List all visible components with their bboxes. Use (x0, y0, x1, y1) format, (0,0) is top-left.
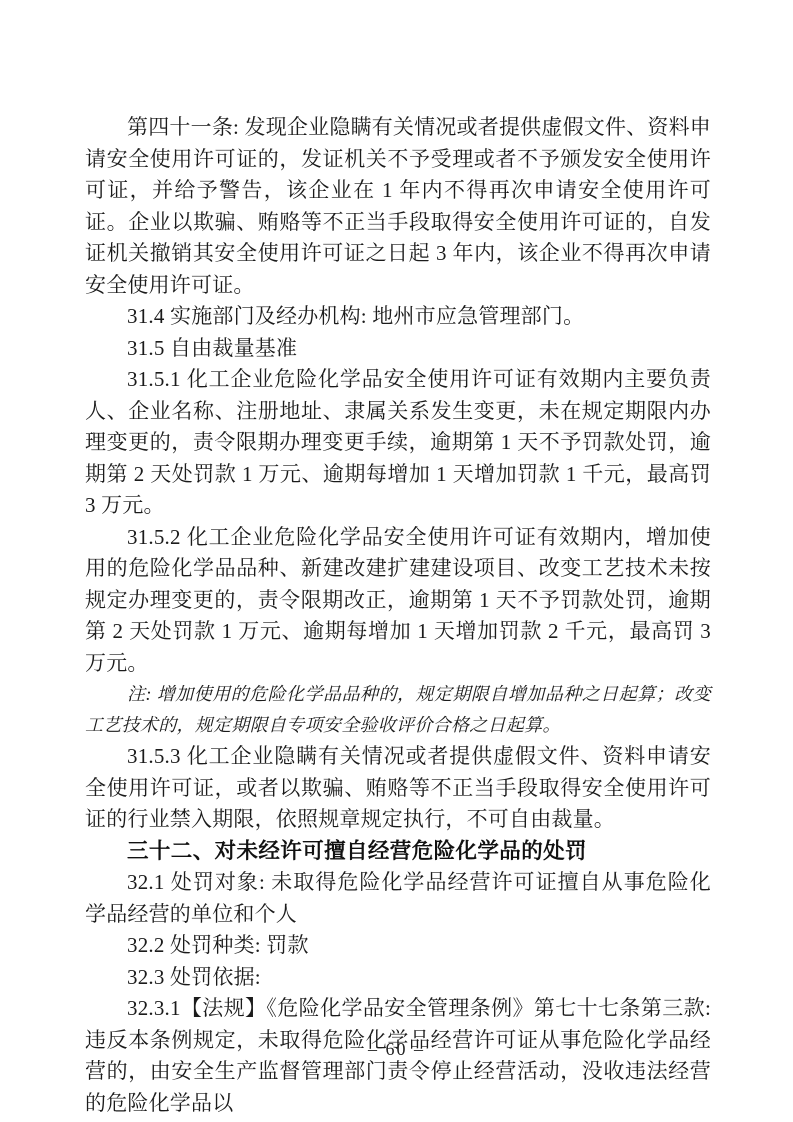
para-clause-31-5-2: 31.5.2 化工企业危险化学品安全使用许可证有效期内，增加使用的危险化学品品种… (85, 522, 711, 680)
para-clause-31-5-1: 31.5.1 化工企业危险化学品安全使用许可证有效期内主要负责人、企业名称、注册… (85, 364, 711, 522)
document-page: 第四十一条: 发现企业隐瞒有关情况或者提供虚假文件、资料申请安全使用许可证的，发… (0, 0, 793, 1122)
document-body: 第四十一条: 发现企业隐瞒有关情况或者提供虚假文件、资料申请安全使用许可证的，发… (85, 112, 711, 1119)
para-clause-32-2: 32.2 处罚种类: 罚款 (85, 930, 711, 962)
para-clause-32-1: 32.1 处罚对象: 未取得危险化学品经营许可证擅自从事危险化学品经营的单位和个… (85, 867, 711, 930)
para-clause-31-5-3: 31.5.3 化工企业隐瞒有关情况或者提供虚假文件、资料申请安全使用许可证，或者… (85, 741, 711, 836)
para-clause-31-4: 31.4 实施部门及经办机构: 地州市应急管理部门。 (85, 301, 711, 333)
page-number: – 60 – (0, 1036, 793, 1062)
para-clause-31-5: 31.5 自由裁量基准 (85, 333, 711, 365)
para-note-31-5-2: 注: 增加使用的危险化学品品种的，规定期限自增加品种之日起算；改变工艺技术的，规… (85, 679, 711, 741)
heading-section-32: 三十二、对未经许可擅自经营危险化学品的处罚 (85, 836, 711, 868)
para-clause-32-3: 32.3 处罚依据: (85, 962, 711, 994)
para-article-41: 第四十一条: 发现企业隐瞒有关情况或者提供虚假文件、资料申请安全使用许可证的，发… (85, 112, 711, 301)
